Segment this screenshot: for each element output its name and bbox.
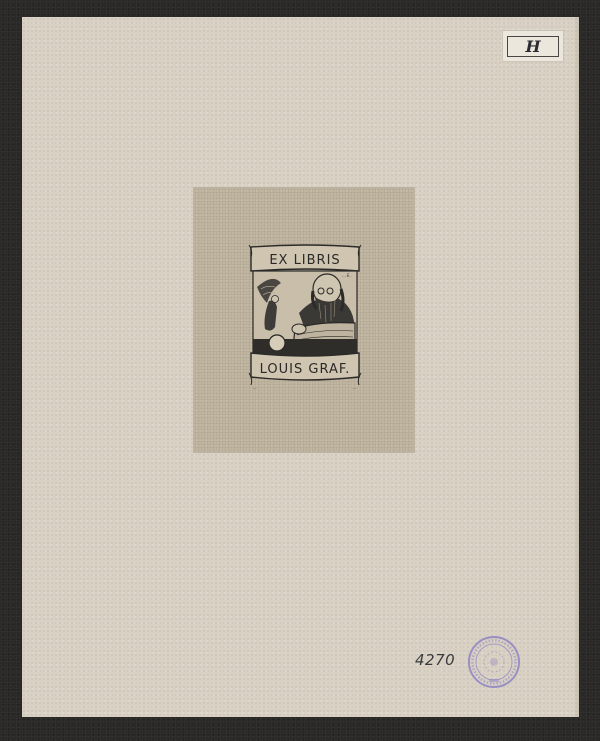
- scholar-engraving-icon: EX LIBRIS: [247, 243, 363, 391]
- artist-monogram: …E.: [342, 273, 353, 278]
- corner-label: H: [503, 31, 563, 61]
- mounting-sheet: H EX LIBRIS: [22, 17, 579, 717]
- library-stamp-icon: [467, 635, 521, 689]
- credit-left: …: [253, 386, 258, 390]
- credit-right: …: [353, 386, 358, 390]
- inventory-number: 4270: [415, 651, 455, 669]
- bookplate-illustration: EX LIBRIS: [247, 243, 363, 391]
- owner-name: LOUIS GRAF.: [260, 362, 351, 377]
- sheet-edge-shadow: [573, 17, 579, 717]
- ex-libris-header: EX LIBRIS: [269, 253, 340, 268]
- corner-label-text: H: [507, 36, 559, 57]
- bookplate-card: EX LIBRIS: [194, 188, 414, 452]
